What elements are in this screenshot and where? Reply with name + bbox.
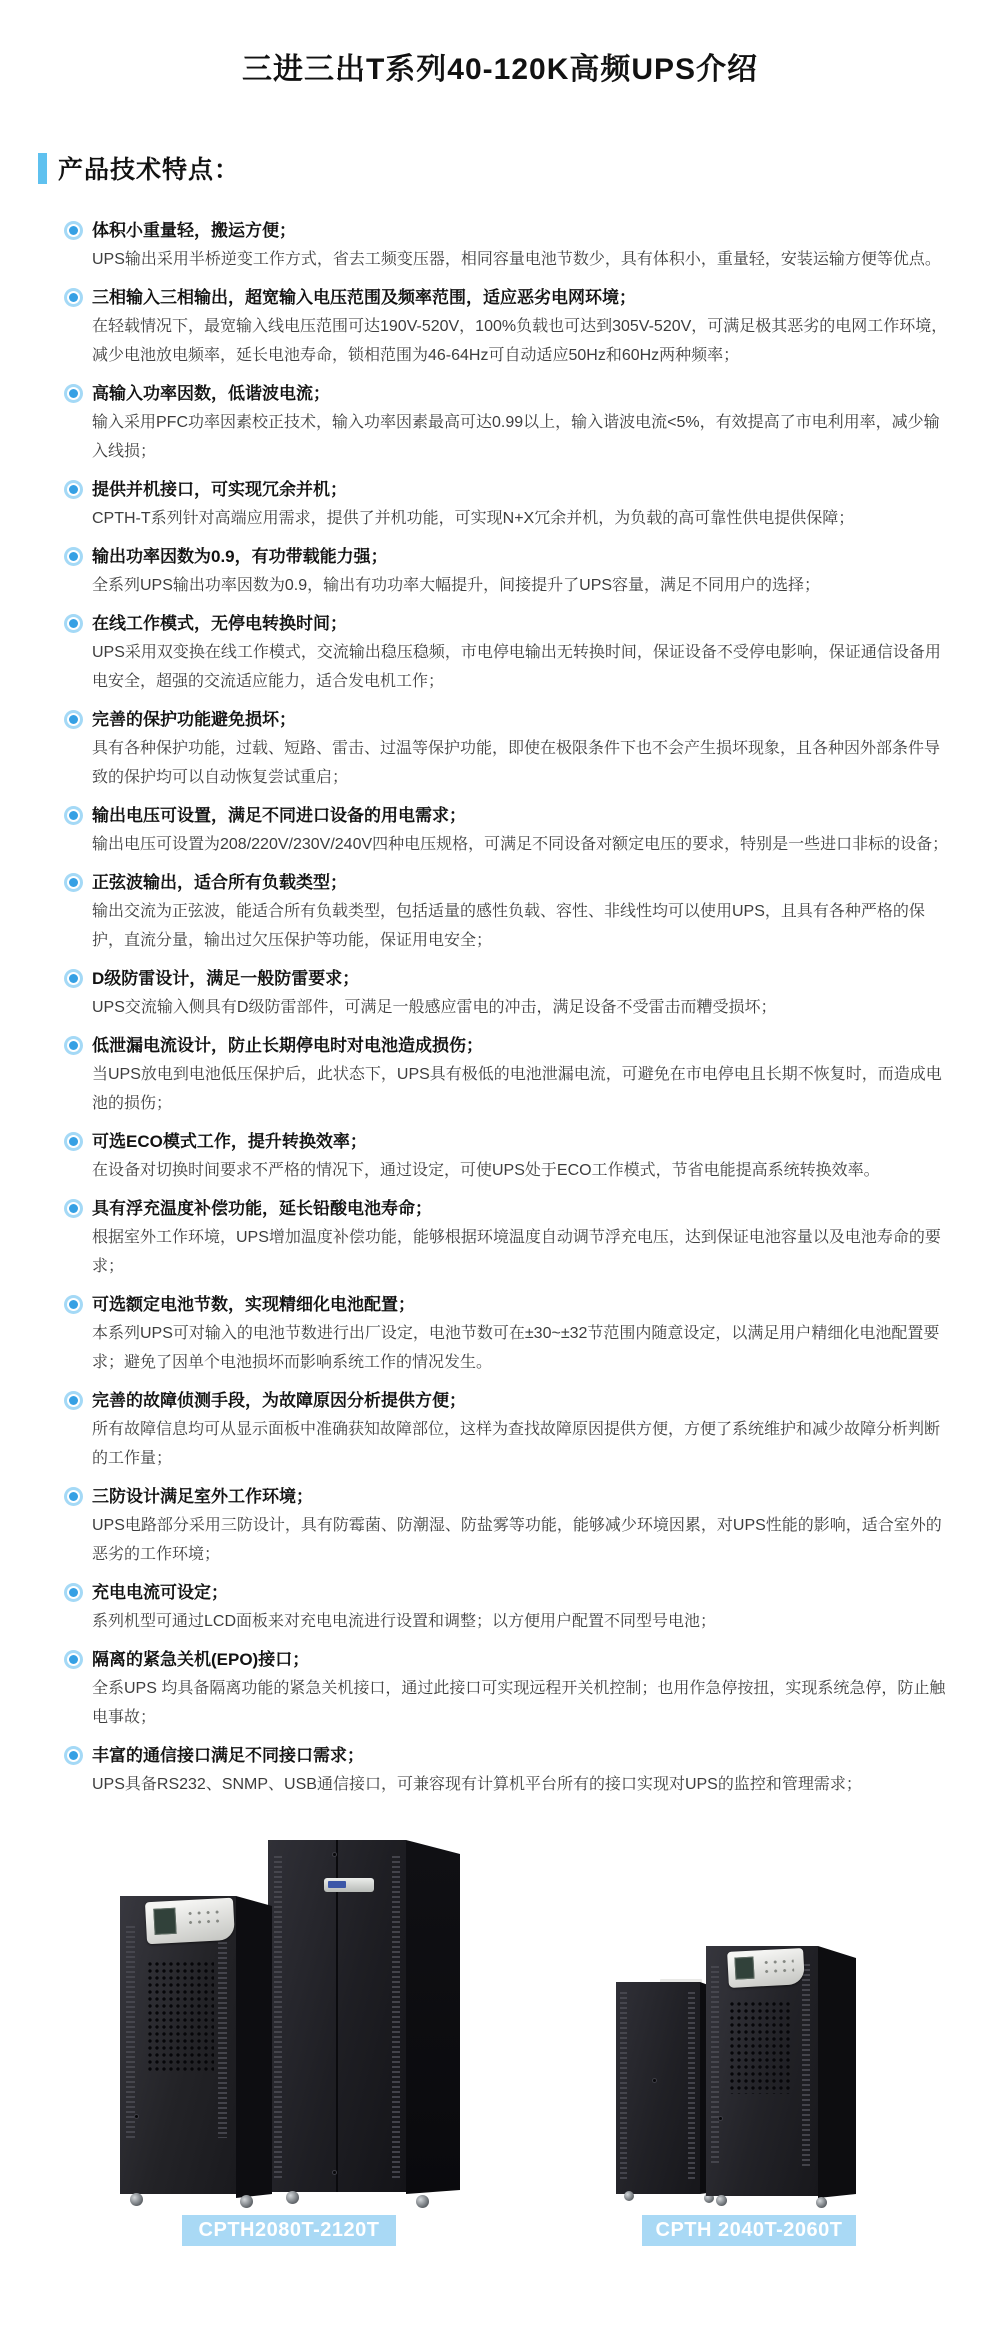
feature-heading-row: D级防雷设计，满足一般防雷要求；: [64, 964, 950, 993]
feature-heading-row: 三相输入三相输出，超宽输入电压范围及频率范围，适应恶劣电网环境；: [64, 283, 950, 312]
feature-heading: 低泄漏电流设计，防止长期停电时对电池造成损伤；: [92, 1031, 483, 1060]
feature-item: 体积小重量轻，搬运方便； UPS输出采用半桥逆变工作方式，省去工频变压器，相同容…: [64, 216, 950, 274]
lcd-screen-icon: [734, 1957, 754, 1980]
feature-body: UPS采用双变换在线工作模式，交流输出稳压稳频，市电停电输出无转换时间，保证设备…: [92, 638, 950, 696]
feature-heading-row: 体积小重量轻，搬运方便；: [64, 216, 950, 245]
feature-item: 输出功率因数为0.9，有功带载能力强； 全系列UPS输出功率因数为0.9，输出有…: [64, 542, 950, 600]
feature-body: 根据室外工作环境，UPS增加温度补偿功能，能够根据环境温度自动调节浮充电压，达到…: [92, 1223, 950, 1281]
feature-heading-row: 充电电流可设定；: [64, 1578, 950, 1607]
feature-heading: D级防雷设计，满足一般防雷要求；: [92, 964, 359, 993]
screw-icon: [332, 2170, 337, 2175]
lcd-bezel: [145, 1898, 235, 1945]
feature-heading-row: 三防设计满足室外工作环境；: [64, 1482, 950, 1511]
product-label-large-models: CPTH2080T-2120T: [182, 2215, 396, 2246]
bullet-icon: [69, 226, 78, 235]
feature-body: 全系UPS 均具备隔离功能的紧急关机接口，通过此接口可实现远程开关机控制；也用作…: [92, 1674, 950, 1732]
feature-heading-row: 输出功率因数为0.9，有功带载能力强；: [64, 542, 950, 571]
screw-icon: [134, 2114, 139, 2119]
feature-item: 隔离的紧急关机(EPO)接口； 全系UPS 均具备隔离功能的紧急关机接口，通过此…: [64, 1645, 950, 1732]
bullet-icon: [69, 389, 78, 398]
bullet-icon: [69, 1300, 78, 1309]
feature-item: 在线工作模式，无停电转换时间； UPS采用双变换在线工作模式，交流输出稳压稳频，…: [64, 609, 950, 696]
feature-item: 三相输入三相输出，超宽输入电压范围及频率范围，适应恶劣电网环境； 在轻载情况下，…: [64, 283, 950, 370]
feature-item: 低泄漏电流设计，防止长期停电时对电池造成损伤； 当UPS放电到电池低压保护后，此…: [64, 1031, 950, 1118]
caster-wheel-icon: [240, 2195, 253, 2208]
side-panel: [236, 1896, 272, 2200]
caster-wheel-icon: [286, 2191, 299, 2204]
feature-item: 高输入功率因数，低谐波电流； 输入采用PFC功率因素校正技术，输入功率因素最高可…: [64, 379, 950, 466]
feature-heading-row: 完善的故障侦测手段，为故障原因分析提供方便；: [64, 1386, 950, 1415]
feature-item: 正弦波输出，适合所有负载类型； 输出交流为正弦波，能适合所有负载类型，包括适量的…: [64, 868, 950, 955]
section-accent-bar: [38, 153, 47, 184]
feature-heading: 高输入功率因数，低谐波电流；: [92, 379, 330, 408]
feature-body: 全系列UPS输出功率因数为0.9，输出有功功率大幅提升，间接提升了UPS容量，满…: [92, 571, 950, 600]
screw-icon: [718, 2116, 723, 2121]
feature-heading: 可选额定电池节数，实现精细化电池配置；: [92, 1290, 415, 1319]
bullet-icon: [69, 1655, 78, 1664]
feature-item: 可选ECO模式工作，提升转换效率； 在设备对切换时间要求不严格的情况下，通过设定…: [64, 1127, 950, 1185]
feature-heading: 三防设计满足室外工作环境；: [92, 1482, 313, 1511]
feature-body: 在轻载情况下，最宽输入线电压范围可达190V-520V，100%负载也可达到30…: [92, 312, 950, 370]
feature-heading-row: 可选ECO模式工作，提升转换效率；: [64, 1127, 950, 1156]
feature-body: 输入采用PFC功率因素校正技术，输入功率因素最高可达0.99以上，输入谐波电流<…: [92, 408, 950, 466]
feature-heading: 充电电流可设定；: [92, 1578, 228, 1607]
bullet-icon: [69, 1751, 78, 1760]
feature-item: 三防设计满足室外工作环境； UPS电路部分采用三防设计，具有防霉菌、防潮湿、防盐…: [64, 1482, 950, 1569]
feature-body: UPS交流输入侧具有D级防雷部件，可满足一般感应雷电的冲击，满足设备不受雷击而糟…: [92, 993, 950, 1022]
lcd-bezel: [727, 1948, 805, 1988]
feature-heading: 丰富的通信接口满足不同接口需求；: [92, 1741, 364, 1770]
bullet-icon: [69, 878, 78, 887]
section-header: 产品技术特点：: [38, 150, 1000, 186]
feature-body: 输出交流为正弦波，能适合所有负载类型，包括适量的感性负载、容性、非线性均可以使用…: [92, 897, 950, 955]
screw-icon: [332, 1852, 337, 1857]
vent-dots-icon: [148, 1962, 214, 2074]
bullet-icon: [69, 1492, 78, 1501]
product-intro-page: 三进三出T系列40-120K高频UPS介绍 产品技术特点： 体积小重量轻，搬运方…: [0, 0, 1000, 2327]
feature-heading: 具有浮充温度补偿功能，延长铅酸电池寿命；: [92, 1194, 432, 1223]
feature-item: 完善的故障侦测手段，为故障原因分析提供方便； 所有故障信息均可从显示面板中准确获…: [64, 1386, 950, 1473]
feature-item: 提供并机接口，可实现冗余并机； CPTH-T系列针对高端应用需求，提供了并机功能…: [64, 475, 950, 533]
feature-body: UPS输出采用半桥逆变工作方式，省去工频变压器，相同容量电池节数少，具有体积小，…: [92, 245, 950, 274]
bullet-icon: [69, 715, 78, 724]
feature-heading: 提供并机接口，可实现冗余并机；: [92, 475, 347, 504]
page-title: 三进三出T系列40-120K高频UPS介绍: [0, 0, 1000, 88]
screw-icon: [652, 2078, 657, 2083]
feature-heading: 可选ECO模式工作，提升转换效率；: [92, 1127, 367, 1156]
feature-body: CPTH-T系列针对高端应用需求，提供了并机功能，可实现N+X冗余并机，为负载的…: [92, 504, 950, 533]
feature-heading: 三相输入三相输出，超宽输入电压范围及频率范围，适应恶劣电网环境；: [92, 283, 636, 312]
feature-body: 在设备对切换时间要求不严格的情况下，通过设定，可使UPS处于ECO工作模式，节省…: [92, 1156, 950, 1185]
caster-wheel-icon: [130, 2193, 143, 2206]
ups-tower-tall: [268, 1840, 460, 2202]
feature-item: 充电电流可设定； 系列机型可通过LCD面板来对充电电流进行设置和调整；以方便用户…: [64, 1578, 950, 1636]
vent-slots-icon: [126, 1926, 135, 2138]
bullet-icon: [69, 485, 78, 494]
feature-body: UPS电路部分采用三防设计，具有防霉菌、防潮湿、防盐雾等功能，能够减少环境因累，…: [92, 1511, 950, 1569]
feature-item: D级防雷设计，满足一般防雷要求； UPS交流输入侧具有D级防雷部件，可满足一般感…: [64, 964, 950, 1022]
ups-tower-short: [120, 1896, 272, 2202]
feature-heading-row: 低泄漏电流设计，防止长期停电时对电池造成损伤；: [64, 1031, 950, 1060]
feature-item: 具有浮充温度补偿功能，延长铅酸电池寿命； 根据室外工作环境，UPS增加温度补偿功…: [64, 1194, 950, 1281]
vent-slots-icon: [274, 1856, 282, 2178]
feature-heading: 完善的保护功能避免损坏；: [92, 705, 296, 734]
vent-dots-icon: [730, 2002, 792, 2094]
feature-body: 所有故障信息均可从显示面板中准确获知故障部位，这样为查找故障原因提供方便，方便了…: [92, 1415, 950, 1473]
bullet-icon: [69, 619, 78, 628]
lcd-display-icon: [324, 1878, 374, 1892]
feature-item: 丰富的通信接口满足不同接口需求； UPS具备RS232、SNMP、USB通信接口…: [64, 1741, 950, 1799]
bullet-icon: [69, 293, 78, 302]
feature-heading-row: 丰富的通信接口满足不同接口需求；: [64, 1741, 950, 1770]
feature-heading: 体积小重量轻，搬运方便；: [92, 216, 296, 245]
feature-body: 系列机型可通过LCD面板来对充电电流进行设置和调整；以方便用户配置不同型号电池；: [92, 1607, 950, 1636]
feature-heading: 在线工作模式，无停电转换时间；: [92, 609, 347, 638]
lcd-screen-icon: [153, 1908, 176, 1935]
side-panel: [406, 1840, 460, 2200]
bullet-icon: [69, 1137, 78, 1146]
caster-wheel-icon: [716, 2195, 727, 2206]
bullet-icon: [69, 1041, 78, 1050]
feature-heading: 完善的故障侦测手段，为故障原因分析提供方便；: [92, 1386, 466, 1415]
feature-body: 当UPS放电到电池低压保护后，此状态下，UPS具有极低的电池泄漏电流，可避免在市…: [92, 1060, 950, 1118]
feature-heading: 正弦波输出，适合所有负载类型；: [92, 868, 347, 897]
product-showcase: CPTH2080T-2120T CPTH 2040T-2060T: [0, 1838, 1000, 2327]
feature-item: 输出电压可设置，满足不同进口设备的用电需求； 输出电压可设置为208/220V/…: [64, 801, 950, 859]
feature-body: 输出电压可设置为208/220V/230V/240V四种电压规格，可满足不同设备…: [92, 830, 950, 859]
bullet-icon: [69, 1396, 78, 1405]
feature-item: 可选额定电池节数，实现精细化电池配置； 本系列UPS可对输入的电池节数进行出厂设…: [64, 1290, 950, 1377]
caster-wheel-icon: [624, 2191, 634, 2201]
feature-list: 体积小重量轻，搬运方便； UPS输出采用半桥逆变工作方式，省去工频变压器，相同容…: [0, 216, 1000, 1799]
feature-heading-row: 输出电压可设置，满足不同进口设备的用电需求；: [64, 801, 950, 830]
feature-heading-row: 在线工作模式，无停电转换时间；: [64, 609, 950, 638]
feature-heading-row: 完善的保护功能避免损坏；: [64, 705, 950, 734]
product-label-small-models: CPTH 2040T-2060T: [642, 2215, 856, 2246]
feature-heading-row: 可选额定电池节数，实现精细化电池配置；: [64, 1290, 950, 1319]
feature-heading-row: 具有浮充温度补偿功能，延长铅酸电池寿命；: [64, 1194, 950, 1223]
control-buttons-icon: [761, 1957, 794, 1977]
vent-slots-icon: [218, 1922, 227, 2138]
feature-heading-row: 隔离的紧急关机(EPO)接口；: [64, 1645, 950, 1674]
feature-heading: 输出功率因数为0.9，有功带载能力强；: [92, 542, 388, 571]
front-panel: [120, 1896, 236, 2194]
front-panel: [706, 1946, 818, 2196]
feature-heading: 隔离的紧急关机(EPO)接口；: [92, 1645, 309, 1674]
feature-heading-row: 高输入功率因数，低谐波电流；: [64, 379, 950, 408]
feature-body: 具有各种保护功能，过载、短路、雷击、过温等保护功能，即使在极限条件下也不会产生损…: [92, 734, 950, 792]
feature-heading: 输出电压可设置，满足不同进口设备的用电需求；: [92, 801, 466, 830]
bullet-icon: [69, 552, 78, 561]
bullet-icon: [69, 1204, 78, 1213]
vent-slots-icon: [620, 1992, 627, 2182]
bullet-icon: [69, 974, 78, 983]
caster-wheel-icon: [416, 2195, 429, 2208]
ups-tower-small-front: [706, 1946, 856, 2202]
feature-item: 完善的保护功能避免损坏； 具有各种保护功能，过载、短路、雷击、过温等保护功能，即…: [64, 705, 950, 792]
feature-heading-row: 正弦波输出，适合所有负载类型；: [64, 868, 950, 897]
control-buttons-icon: [185, 1907, 222, 1929]
caster-wheel-icon: [816, 2197, 827, 2208]
bullet-icon: [69, 1588, 78, 1597]
vent-slots-icon: [802, 1964, 810, 2166]
bullet-icon: [69, 811, 78, 820]
vent-slots-icon: [392, 1856, 400, 2178]
vent-slots-icon: [711, 1966, 719, 2166]
feature-heading-row: 提供并机接口，可实现冗余并机；: [64, 475, 950, 504]
feature-body: UPS具备RS232、SNMP、USB通信接口，可兼容现有计算机平台所有的接口实…: [92, 1770, 950, 1799]
front-panel: [616, 1982, 700, 2194]
section-title: 产品技术特点：: [58, 150, 240, 186]
side-panel: [818, 1946, 856, 2200]
front-panel: [268, 1840, 406, 2192]
vent-slots-icon: [688, 1992, 695, 2182]
door-seam: [336, 1840, 338, 2192]
feature-body: 本系列UPS可对输入的电池节数进行出厂设定，电池节数可在±30~±32节范围内随…: [92, 1319, 950, 1377]
